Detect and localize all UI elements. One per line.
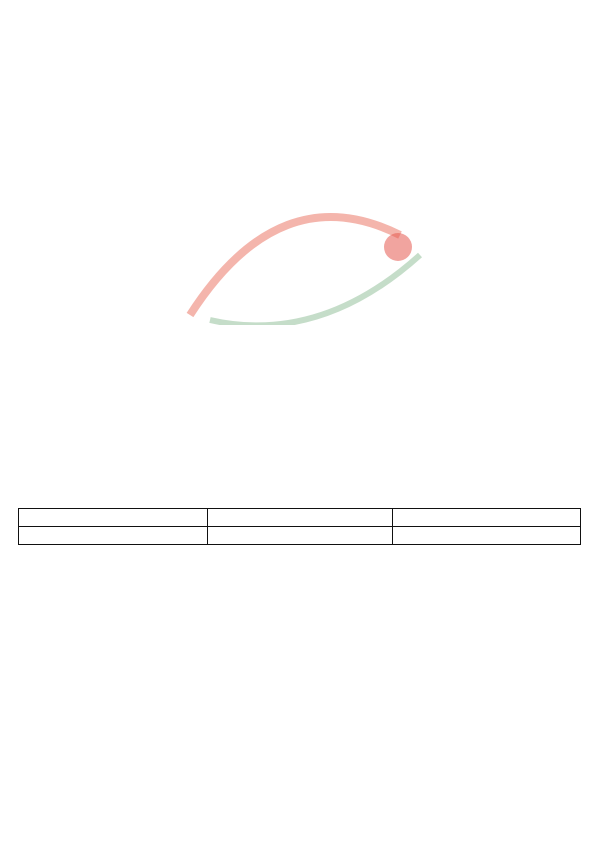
section-heading [22,401,32,415]
term-heading [52,226,64,241]
table-cell [208,527,393,545]
table-cell [393,527,581,545]
term-heading [52,114,64,129]
subsection-heading [22,427,32,441]
table-header-cell [19,509,208,527]
subsection-heading [22,767,32,781]
coating-types-table [18,508,581,545]
xdy-logo-watermark [170,195,430,325]
term-heading [52,358,64,373]
subsection-heading [22,725,32,739]
table-header-row [19,509,581,527]
subsection-heading [22,557,32,571]
table-cell [19,527,208,545]
table-header-cell [208,509,393,527]
document-page [0,0,599,867]
table-row [19,527,581,545]
table-header-cell [393,509,581,527]
term-heading [52,170,64,185]
term-heading [52,66,64,81]
subsection-heading [22,446,32,460]
subsection-heading [22,682,32,696]
term-heading [52,302,64,317]
